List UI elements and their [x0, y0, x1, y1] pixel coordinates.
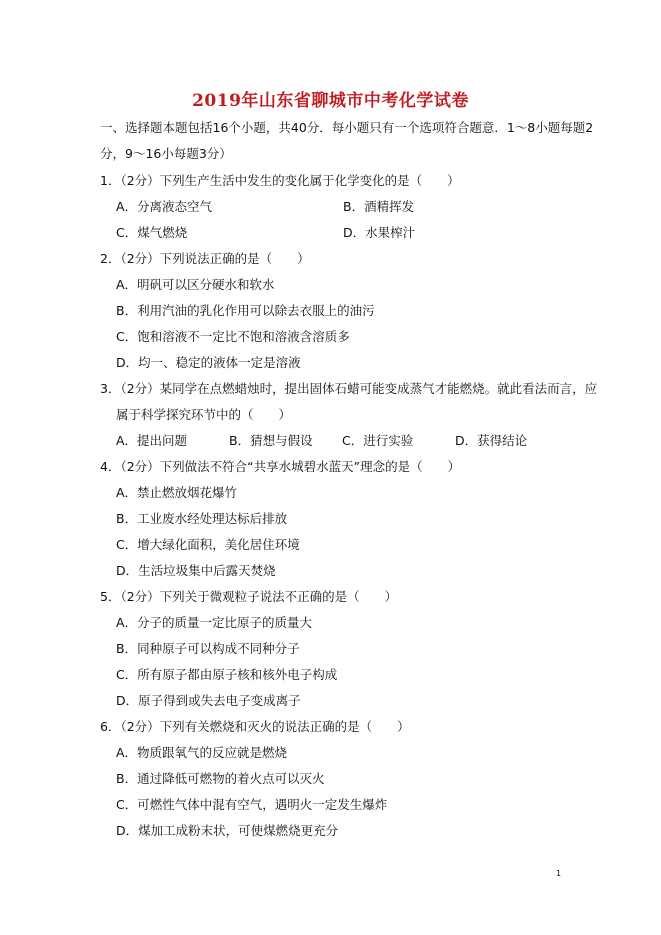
question-5-stem: 5．（2分）下列关于微观粒子说法不正确的是（ ）	[100, 589, 397, 605]
question-6-option-a: A．物质跟氧气的反应就是燃烧	[116, 745, 287, 761]
question-2-option-c: C．饱和溶液不一定比不饱和溶液含溶质多	[116, 329, 350, 345]
question-6-stem: 6．（2分）下列有关燃烧和灭火的说法正确的是（ ）	[100, 719, 410, 735]
section-intro-line2: 分，9～16小每题3分）	[100, 146, 232, 162]
question-3-stem-line2: 属于科学探究环节中的（ ）	[116, 407, 291, 423]
question-3-option-b: B．猜想与假设	[229, 433, 313, 449]
question-5-option-d: D．原子得到或失去电子变成离子	[116, 693, 301, 709]
question-4-option-b: B．工业废水经处理达标后排放	[116, 511, 287, 527]
question-2-option-b: B．利用汽油的乳化作用可以除去衣服上的油污	[116, 303, 375, 319]
question-4-option-a: A．禁止燃放烟花爆竹	[116, 485, 237, 501]
question-1-stem: 1．（2分）下列生产生活中发生的变化属于化学变化的是（ ）	[100, 173, 460, 189]
question-2-option-a: A．明矾可以区分硬水和软水	[116, 277, 275, 293]
question-1-option-d: D．水果榨汁	[343, 225, 415, 241]
page-number: 1	[556, 869, 561, 878]
question-3-option-c: C．进行实验	[342, 433, 413, 449]
question-4-stem: 4．（2分）下列做法不符合“共享水城碧水蓝天”理念的是（ ）	[100, 459, 460, 475]
question-1-option-a: A．分离液态空气	[116, 199, 212, 215]
question-1-option-b: B．酒精挥发	[343, 199, 414, 215]
question-6-option-d: D．煤加工成粉末状，可使煤燃烧更充分	[116, 823, 338, 839]
question-5-option-b: B．同种原子可以构成不同种分子	[116, 641, 300, 657]
exam-page: 2019年山东省聊城市中考化学试卷 一、选择题本题包括16个小题，共40分．每小…	[0, 0, 661, 935]
question-5-option-a: A．分子的质量一定比原子的质量大	[116, 615, 312, 631]
question-3-option-d: D．获得结论	[455, 433, 527, 449]
question-3-option-a: A．提出问题	[116, 433, 187, 449]
section-intro-line1: 一、选择题本题包括16个小题，共40分．每小题只有一个选项符合题意．1～8小题每…	[100, 120, 593, 136]
question-2-option-d: D．均一、稳定的液体一定是溶液	[116, 355, 301, 371]
exam-title: 2019年山东省聊城市中考化学试卷	[0, 86, 661, 111]
question-1-option-c: C．煤气燃烧	[116, 225, 187, 241]
question-5-option-c: C．所有原子都由原子核和核外电子构成	[116, 667, 337, 683]
question-4-option-c: C．增大绿化面积，美化居住环境	[116, 537, 300, 553]
question-2-stem: 2．（2分）下列说法正确的是（ ）	[100, 251, 310, 267]
question-6-option-b: B．通过降低可燃物的着火点可以灭火	[116, 771, 325, 787]
question-3-stem-line1: 3．（2分）某同学在点燃蜡烛时，提出固体石蜡可能变成蒸气才能燃烧。就此看法而言，…	[100, 381, 597, 397]
question-6-option-c: C．可燃性气体中混有空气，遇明火一定发生爆炸	[116, 797, 387, 813]
question-4-option-d: D．生活垃圾集中后露天焚烧	[116, 563, 276, 579]
